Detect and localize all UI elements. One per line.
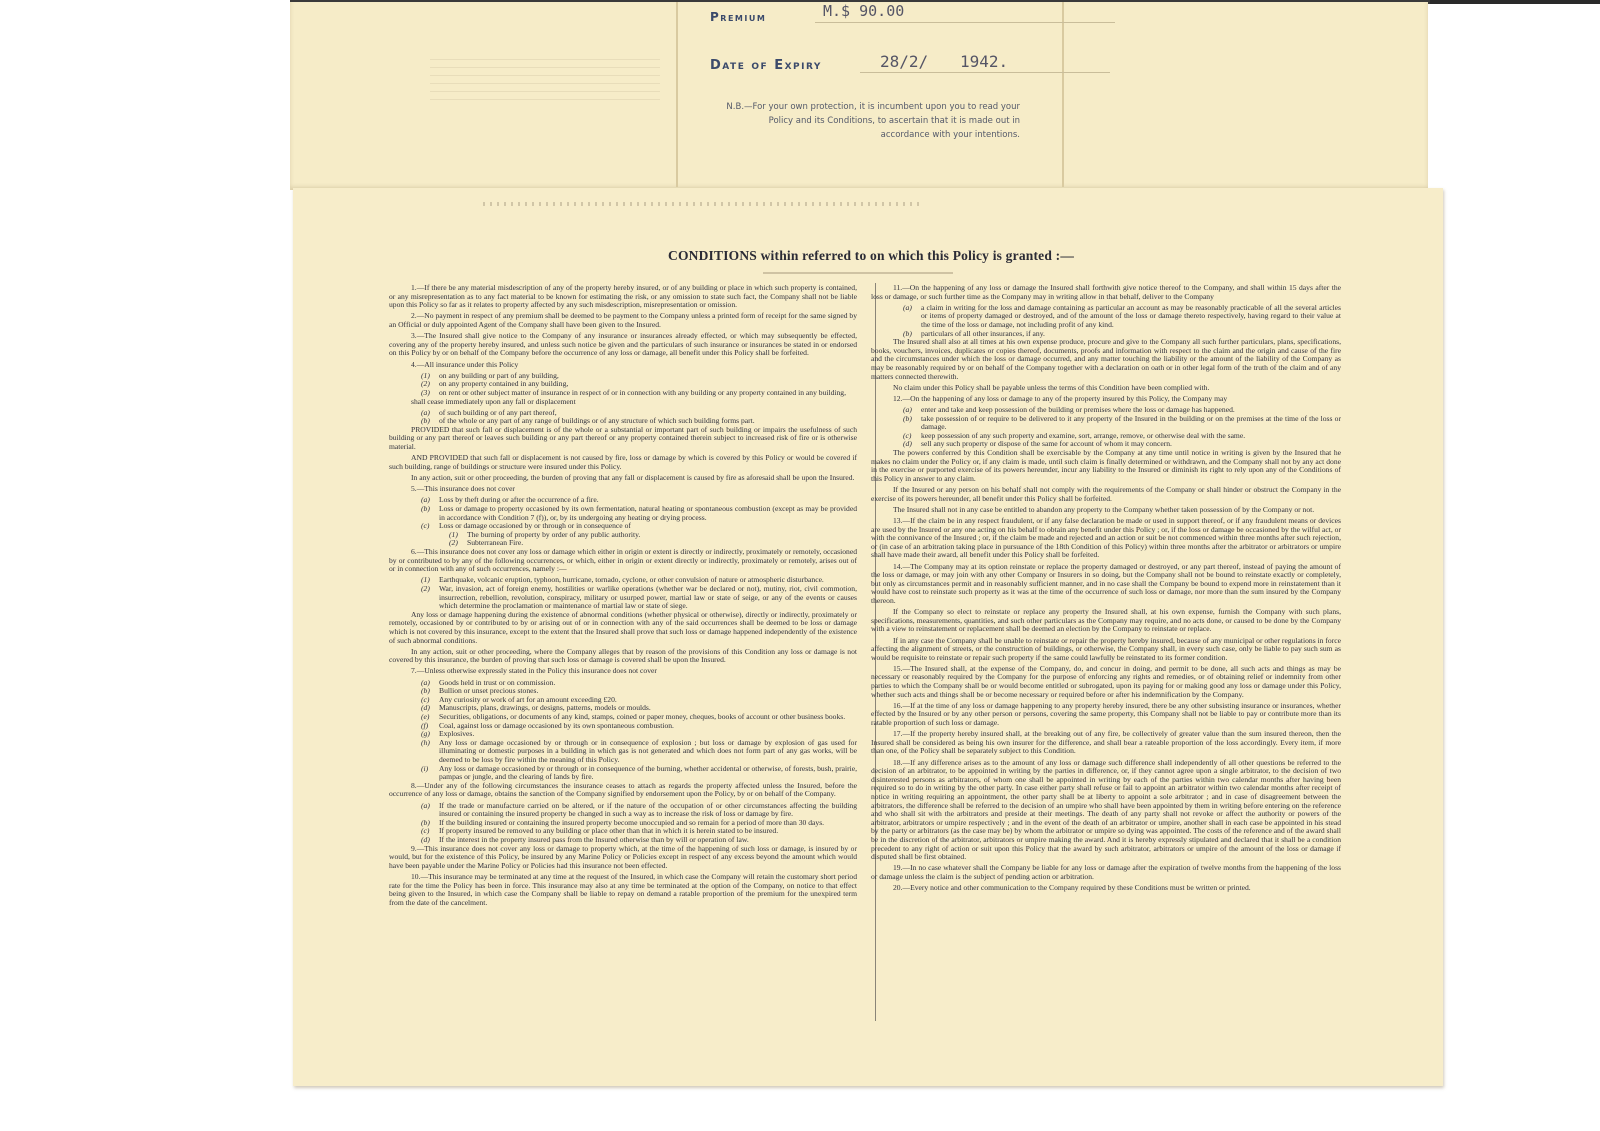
- expiry-row: Date of Expiry 28/2/ 1942.: [710, 54, 822, 73]
- condition-paragraph: The Insured shall not in any case be ent…: [871, 506, 1341, 515]
- condition-list-item: (i)Any loss or damage occasioned by or t…: [421, 765, 857, 782]
- expiry-label: Date of Expiry: [710, 58, 822, 73]
- fold-line: [676, 2, 678, 187]
- conditions-title: CONDITIONS within referred to on which t…: [668, 248, 1074, 264]
- condition-paragraph: 7.—Unless otherwise expressly stated in …: [389, 667, 857, 676]
- faded-print-area: [430, 57, 660, 107]
- condition-paragraph: 6.—This insurance does not cover any los…: [389, 548, 857, 574]
- premium-value: M.$ 90.00: [823, 2, 904, 20]
- list-item-text: If the trade or manufacture carried on b…: [439, 802, 857, 819]
- expiry-year: 1942.: [960, 52, 1008, 71]
- condition-paragraph: 5.—This insurance does not cover: [389, 485, 857, 494]
- condition-paragraph: 9.—This insurance does not cover any los…: [389, 845, 857, 871]
- condition-paragraph: No claim under this Policy shall be paya…: [871, 384, 1341, 393]
- nb-protection-note: N.B.—For your own protection, it is incu…: [720, 100, 1020, 142]
- list-item-text: a claim in writing for the loss and dama…: [921, 304, 1341, 330]
- list-item-text: Any loss or damage occasioned by or thro…: [439, 765, 857, 782]
- policy-header-flap: Premium M.$ 90.00 Date of Expiry 28/2/ 1…: [290, 2, 1428, 190]
- condition-paragraph: 2.—No payment in respect of any premium …: [389, 312, 857, 329]
- condition-paragraph: PROVIDED that such fall or displacement …: [389, 426, 857, 452]
- list-marker: (h): [421, 739, 439, 765]
- condition-paragraph: 17.—If the property hereby insured shall…: [871, 730, 1341, 756]
- condition-list-item: (2)War, invasion, act of foreign enemy, …: [421, 585, 857, 611]
- condition-paragraph: shall cease immediately upon any fall or…: [389, 398, 857, 407]
- list-marker: (a): [421, 802, 439, 819]
- conditions-right-column: 11.—On the happening of any loss or dama…: [871, 284, 1341, 895]
- condition-list-item: (b)take possession of or require to be d…: [903, 415, 1341, 432]
- condition-paragraph: 13.—If the claim be in any respect fraud…: [871, 517, 1341, 560]
- expiry-day-month: 28/2/: [880, 52, 928, 71]
- condition-paragraph: 11.—On the happening of any loss or dama…: [871, 284, 1341, 301]
- list-marker: (2): [421, 585, 439, 611]
- condition-paragraph: 19.—In no case whatever shall the Compan…: [871, 864, 1341, 881]
- condition-paragraph: 15.—The Insured shall, at the expense of…: [871, 665, 1341, 699]
- condition-list-item: (a)a claim in writing for the loss and d…: [903, 304, 1341, 330]
- list-item-text: The burning of property by order of any …: [467, 531, 857, 540]
- premium-label: Premium: [710, 10, 766, 24]
- premium-underline: [815, 22, 1115, 23]
- condition-paragraph: 4.—All insurance under this Policy: [389, 361, 857, 370]
- condition-paragraph: AND PROVIDED that such fall or displacem…: [389, 454, 857, 471]
- condition-paragraph: 12.—On the happening of any loss or dama…: [871, 395, 1341, 404]
- condition-paragraph: 16.—If at the time of any loss or damage…: [871, 702, 1341, 728]
- condition-paragraph: The powers conferred by this Condition s…: [871, 449, 1341, 483]
- list-item-text: Loss or damage to property occasioned by…: [439, 505, 857, 522]
- condition-paragraph: The Insured shall also at all times at h…: [871, 338, 1341, 381]
- condition-paragraph: If in any case the Company shall be unab…: [871, 637, 1341, 663]
- condition-paragraph: In any action, suit or other proceeding,…: [389, 474, 857, 483]
- premium-row: Premium M.$ 90.00: [710, 6, 766, 25]
- list-marker: (b): [421, 505, 439, 522]
- conditions-sheet: CONDITIONS within referred to on which t…: [293, 188, 1443, 1086]
- condition-paragraph: 14.—The Company may at its option reinst…: [871, 563, 1341, 606]
- conditions-left-column: 1.—If there be any material misdescripti…: [389, 284, 857, 910]
- list-item-text: take possession of or require to be deli…: [921, 415, 1341, 432]
- title-rule: [763, 272, 953, 274]
- condition-paragraph: 1.—If there be any material misdescripti…: [389, 284, 857, 310]
- list-item-text: Any loss or damage occasioned by or thro…: [439, 739, 857, 765]
- condition-list-item: (b)Loss or damage to property occasioned…: [421, 505, 857, 522]
- condition-paragraph: In any action, suit or other proceeding,…: [389, 648, 857, 665]
- condition-paragraph: Any loss or damage happening during the …: [389, 611, 857, 645]
- condition-paragraph: 20.—Every notice and other communication…: [871, 884, 1341, 893]
- condition-paragraph: 18.—If any difference arises as to the a…: [871, 759, 1341, 862]
- condition-list-item: (h)Any loss or damage occasioned by or t…: [421, 739, 857, 765]
- condition-list-item: (a)If the trade or manufacture carried o…: [421, 802, 857, 819]
- list-marker: (i): [421, 765, 439, 782]
- condition-paragraph: 10.—This insurance may be terminated at …: [389, 873, 857, 907]
- list-marker: (b): [903, 415, 921, 432]
- expiry-underline: [860, 72, 1110, 73]
- list-item-text: Coal, against loss or damage occasioned …: [439, 722, 857, 731]
- condition-list-item: (f)Coal, against loss or damage occasion…: [421, 722, 857, 731]
- list-marker: (a): [903, 304, 921, 330]
- perforation-dots: [483, 202, 923, 206]
- list-marker: (c): [421, 522, 439, 531]
- condition-paragraph: 3.—The Insured shall give notice to the …: [389, 332, 857, 358]
- fold-line: [1062, 2, 1064, 187]
- condition-paragraph: If the Insured or any person on his beha…: [871, 486, 1341, 503]
- condition-paragraph: 8.—Under any of the following circumstan…: [389, 782, 857, 799]
- condition-paragraph: If the Company so elect to reinstate or …: [871, 608, 1341, 634]
- list-item-text: War, invasion, act of foreign enemy, hos…: [439, 585, 857, 611]
